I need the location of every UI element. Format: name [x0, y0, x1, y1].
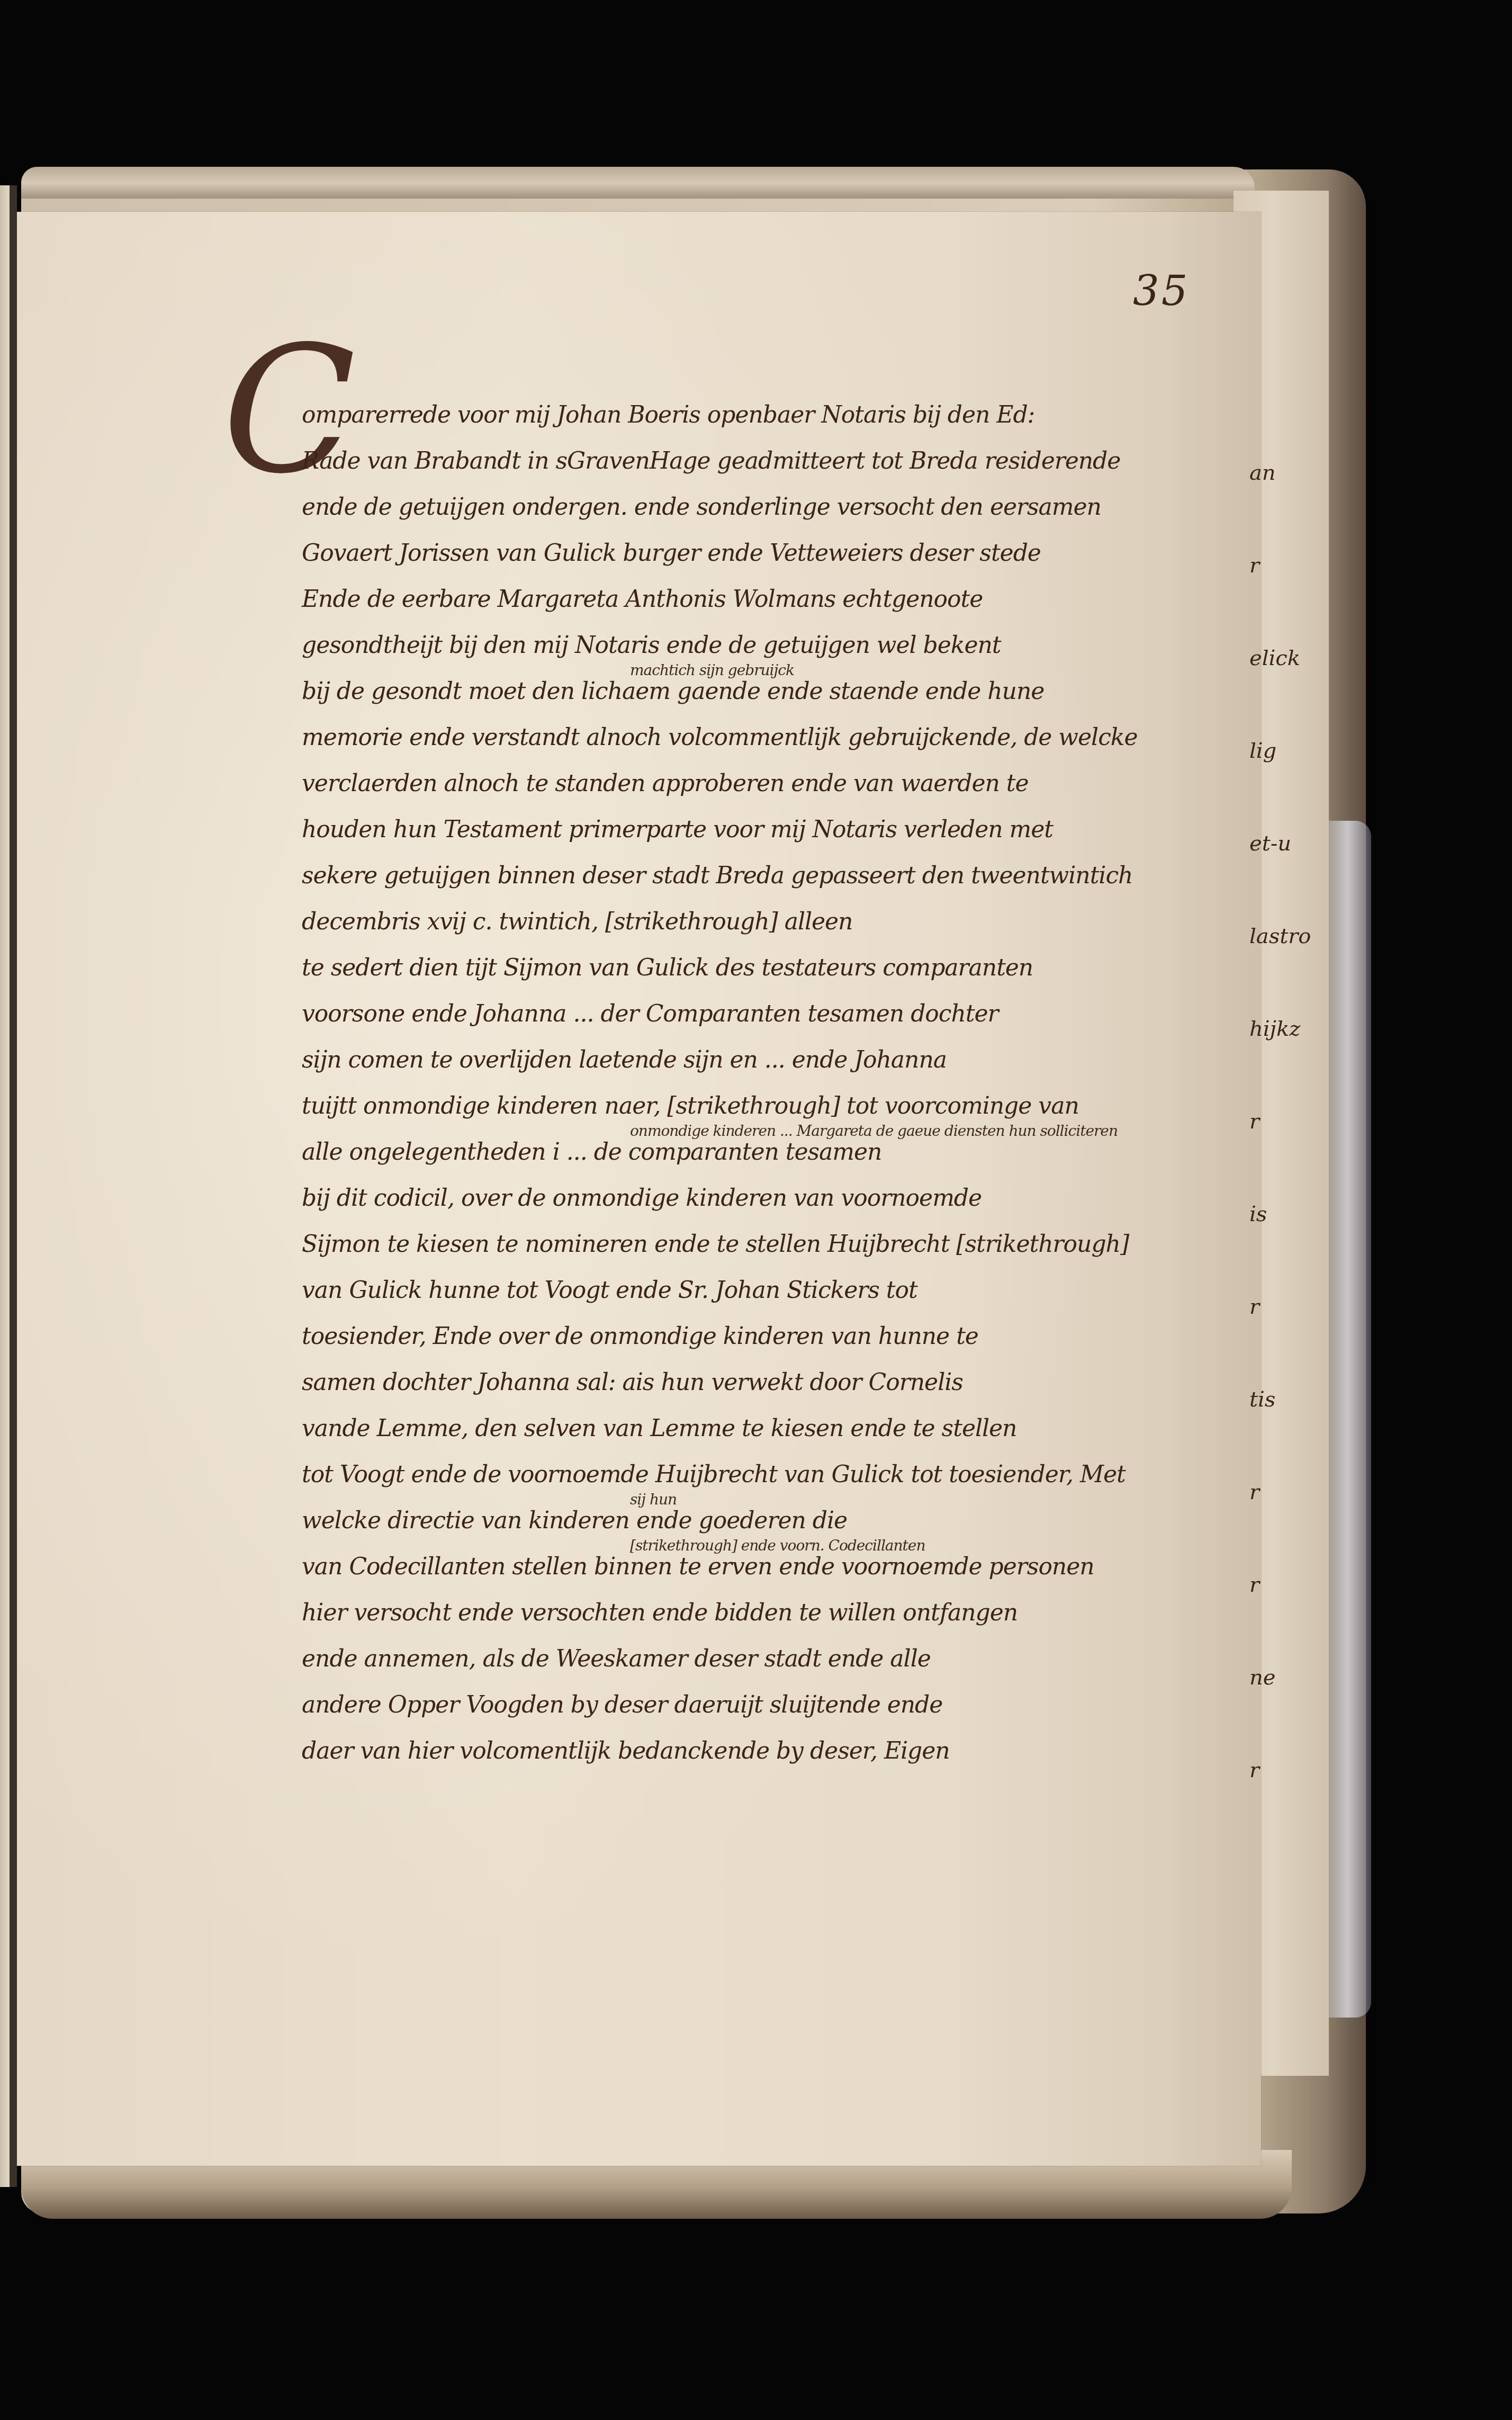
- line-text: hier versocht ende versochten ende bidde…: [302, 1599, 1018, 1626]
- line-text: toesiender, Ende over de onmondige kinde…: [302, 1323, 978, 1350]
- manuscript-line: te sedert dien tijt Sijmon van Gulick de…: [302, 945, 1234, 991]
- line-text: omparerrede voor mij Johan Boeris openba…: [302, 401, 1034, 428]
- interlinear-insertion: [strikethrough] ende voorn. Codecillante…: [630, 1522, 925, 1568]
- line-text: sijn comen te overlijden laetende sijn e…: [302, 1046, 947, 1073]
- margin-note: an: [1249, 461, 1276, 485]
- manuscript-line: bij de gesondt moet den lichaem gaende e…: [302, 668, 1234, 714]
- folio-number: 35: [1133, 267, 1190, 315]
- margin-note: r: [1249, 1295, 1259, 1319]
- margin-note: r: [1249, 1109, 1259, 1134]
- margin-note: r: [1249, 1480, 1259, 1504]
- manuscript-line: verclaerden alnoch te standen approberen…: [302, 760, 1234, 806]
- manuscript-line: vande Lemme, den selven van Lemme te kie…: [302, 1405, 1234, 1451]
- manuscript-line: hier versocht ende versochten ende bidde…: [302, 1590, 1234, 1636]
- manuscript-line: Rade van Brabandt in sGravenHage geadmit…: [302, 438, 1234, 484]
- binding-gutter: [10, 185, 17, 2187]
- manuscript-line: Govaert Jorissen van Gulick burger ende …: [302, 530, 1234, 576]
- manuscript-line: memorie ende verstandt alnoch volcomment…: [302, 714, 1234, 760]
- margin-note: r: [1249, 1758, 1259, 1782]
- top-page-edge: [21, 167, 1255, 199]
- line-text: Govaert Jorissen van Gulick burger ende …: [302, 540, 1041, 567]
- line-text: houden hun Testament primerparte voor mi…: [302, 816, 1053, 843]
- manuscript-line: omparerrede voor mij Johan Boeris openba…: [302, 392, 1234, 438]
- manuscript-line: samen dochter Johanna sal: ais hun verwe…: [302, 1359, 1234, 1405]
- manuscript-line: Sijmon te kiesen te nomineren ende te st…: [302, 1221, 1234, 1267]
- interlinear-insertion: machtich sijn gebruijck: [630, 647, 794, 693]
- manuscript-line: alle ongelegentheden i ... de comparante…: [302, 1129, 1234, 1175]
- line-text: decembris xvij c. twintich, [strikethrou…: [302, 908, 852, 935]
- manuscript-line: ende annemen, als de Weeskamer deser sta…: [302, 1636, 1234, 1682]
- line-text: verclaerden alnoch te standen approberen…: [302, 770, 1029, 797]
- manuscript-line: sekere getuijgen binnen deser stadt Bred…: [302, 853, 1234, 899]
- line-text: Ende de eerbare Margareta Anthonis Wolma…: [302, 586, 983, 613]
- line-text: voorsone ende Johanna ... der Comparante…: [302, 1000, 998, 1027]
- manuscript-line: van Codecillanten stellen binnen te erve…: [302, 1544, 1234, 1590]
- manuscript-line: andere Opper Voogden by deser daeruijt s…: [302, 1682, 1234, 1728]
- margin-note: is: [1249, 1202, 1267, 1226]
- manuscript-line: voorsone ende Johanna ... der Comparante…: [302, 991, 1234, 1037]
- manuscript-line: tot Voogt ende de voornoemde Huijbrecht …: [302, 1451, 1234, 1498]
- line-text: van Gulick hunne tot Voogt ende Sr. Joha…: [302, 1277, 917, 1304]
- margin-note: ne: [1249, 1665, 1275, 1690]
- margin-note: lig: [1249, 739, 1276, 763]
- line-text: te sedert dien tijt Sijmon van Gulick de…: [302, 954, 1033, 981]
- manuscript-line: houden hun Testament primerparte voor mi…: [302, 806, 1234, 853]
- line-text: sekere getuijgen binnen deser stadt Bred…: [302, 862, 1132, 889]
- line-text: tot Voogt ende de voornoemde Huijbrecht …: [302, 1461, 1126, 1488]
- line-text: andere Opper Voogden by deser daeruijt s…: [302, 1691, 942, 1718]
- margin-note: et-u: [1249, 831, 1291, 856]
- margin-note: elick: [1249, 646, 1300, 670]
- interlinear-insertion: sij hun: [630, 1476, 677, 1522]
- manuscript-line: Ende de eerbare Margareta Anthonis Wolma…: [302, 576, 1234, 622]
- line-text: bij dit codicil, over de onmondige kinde…: [302, 1185, 982, 1212]
- manuscript-scan: 35 C omparerrede voor mij Johan Boeris o…: [0, 0, 1512, 2420]
- line-text: Sijmon te kiesen te nomineren ende te st…: [302, 1231, 1129, 1258]
- manuscript-line: daer van hier volcomentlijk bedanckende …: [302, 1728, 1234, 1774]
- adjacent-page-edge: [0, 185, 10, 2187]
- manuscript-line: sijn comen te overlijden laetende sijn e…: [302, 1037, 1234, 1083]
- manuscript-line: toesiender, Ende over de onmondige kinde…: [302, 1313, 1234, 1359]
- margin-note: r: [1249, 1573, 1259, 1597]
- line-text: ende annemen, als de Weeskamer deser sta…: [302, 1645, 931, 1672]
- protective-sleeve: [1324, 821, 1371, 2018]
- manuscript-line: ende de getuijgen ondergen. ende sonderl…: [302, 484, 1234, 530]
- manuscript-line: decembris xvij c. twintich, [strikethrou…: [302, 899, 1234, 945]
- margin-note: hijkz: [1249, 1017, 1300, 1041]
- line-text: Rade van Brabandt in sGravenHage geadmit…: [302, 447, 1120, 474]
- line-text: daer van hier volcomentlijk bedanckende …: [302, 1737, 950, 1764]
- line-text: vande Lemme, den selven van Lemme te kie…: [302, 1415, 1016, 1442]
- handwritten-text-block: omparerrede voor mij Johan Boeris openba…: [302, 392, 1234, 1774]
- margin-note: r: [1249, 553, 1259, 578]
- manuscript-line: bij dit codicil, over de onmondige kinde…: [302, 1175, 1234, 1221]
- line-text: memorie ende verstandt alnoch volcomment…: [302, 724, 1138, 751]
- interlinear-insertion: onmondige kinderen ... Margareta de gaeu…: [630, 1108, 1118, 1154]
- margin-note: tis: [1249, 1387, 1275, 1412]
- line-text: samen dochter Johanna sal: ais hun verwe…: [302, 1369, 963, 1396]
- line-text: ende de getuijgen ondergen. ende sonderl…: [302, 494, 1101, 521]
- margin-note: lastro: [1249, 924, 1311, 948]
- manuscript-line: van Gulick hunne tot Voogt ende Sr. Joha…: [302, 1267, 1234, 1313]
